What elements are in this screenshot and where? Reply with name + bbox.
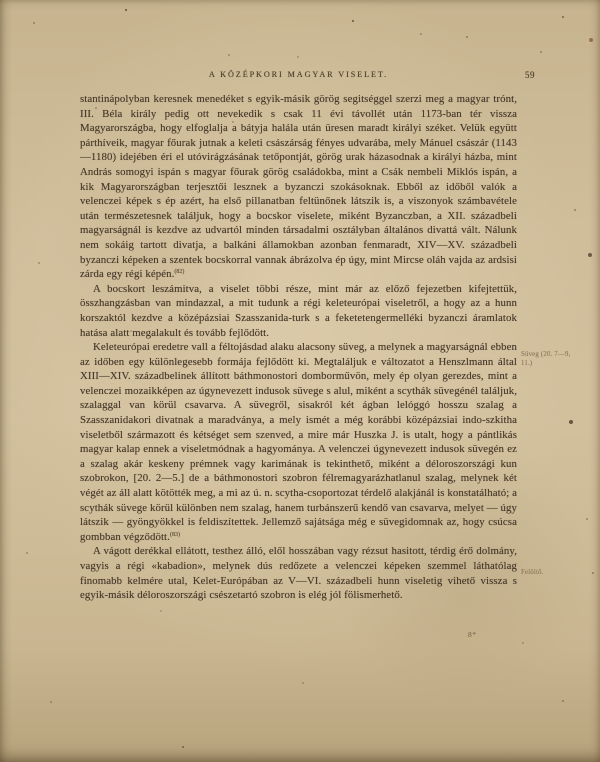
paragraph: stantinápolyban keresnek menedéket s egy… — [80, 92, 517, 282]
running-header: A KÖZÉPKORI MAGYAR VISELET. 59 — [80, 70, 517, 79]
page-number: 59 — [525, 70, 535, 80]
footnote-mark: (83) — [170, 532, 180, 538]
running-header-title: A KÖZÉPKORI MAGYAR VISELET. — [209, 70, 388, 79]
foxing-specks — [0, 0, 2, 2]
margin-note-suveg: Süveg (20. 7—9, 11.) — [521, 350, 593, 368]
margin-note-felolto: Felöltő. — [521, 568, 593, 577]
paragraph-text: A bocskort leszámitva, a viselet többi r… — [80, 283, 517, 339]
book-page-scan: A KÖZÉPKORI MAGYAR VISELET. 59 stantináp… — [0, 0, 600, 762]
paragraph-text: A vágott derékkal ellátott, testhez álló… — [80, 545, 517, 601]
body-text: stantinápolyban keresnek menedéket s egy… — [80, 92, 517, 603]
paragraph-text: stantinápolyban keresnek menedéket s egy… — [80, 93, 517, 280]
paragraph: Keleteurópai eredetre vall a féltojásdad… — [80, 340, 517, 544]
paragraph: A bocskort leszámitva, a viselet többi r… — [80, 282, 517, 340]
signature-mark: 8* — [468, 630, 477, 639]
paragraph-text: Keleteurópai eredetre vall a féltojásdad… — [80, 341, 517, 543]
footnote-mark: (82) — [174, 269, 184, 275]
paragraph: A vágott derékkal ellátott, testhez álló… — [80, 544, 517, 602]
